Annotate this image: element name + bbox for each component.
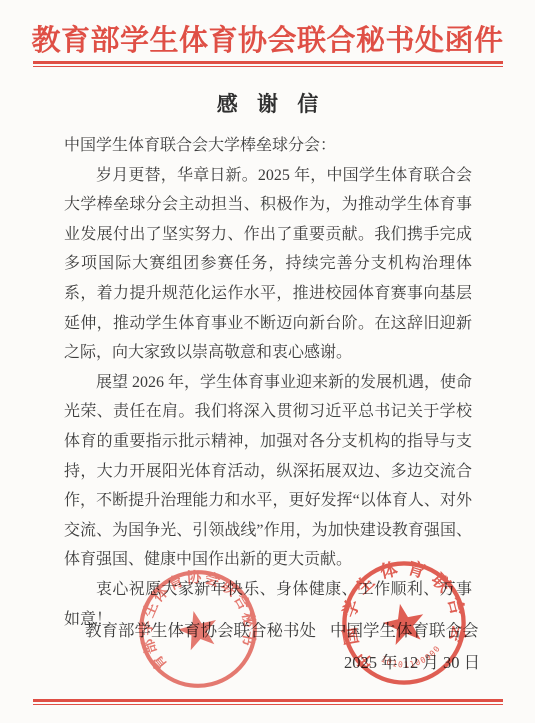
signature-secretariat: 教育部学生体育协会联合秘书处	[85, 617, 316, 641]
signature-date: 2025 年 12 月 30 日	[344, 649, 480, 673]
paragraph-2: 展望 2026 年，学生体育事业迎来新的发展机遇，使命光荣、责任在肩。我们将深入…	[64, 368, 472, 575]
signature-federation: 中国学生体育联合会	[330, 617, 479, 641]
masthead-divider	[33, 61, 503, 67]
letter-title: 感 谢 信	[0, 88, 535, 118]
footer-divider	[33, 699, 503, 705]
salutation: 中国学生体育联合会大学棒垒球分会：	[64, 131, 472, 161]
letter-page: 教育部学生体育协会联合秘书处函件 感 谢 信 中国学生体育联合会大学棒垒球分会：…	[0, 0, 535, 723]
letter-body: 中国学生体育联合会大学棒垒球分会： 岁月更替，华章日新。2025 年，中国学生体…	[64, 131, 472, 634]
masthead-title: 教育部学生体育协会联合秘书处函件	[0, 18, 535, 59]
paragraph-1: 岁月更替，华章日新。2025 年，中国学生体育联合会大学棒垒球分会主动担当、积极…	[64, 161, 472, 368]
